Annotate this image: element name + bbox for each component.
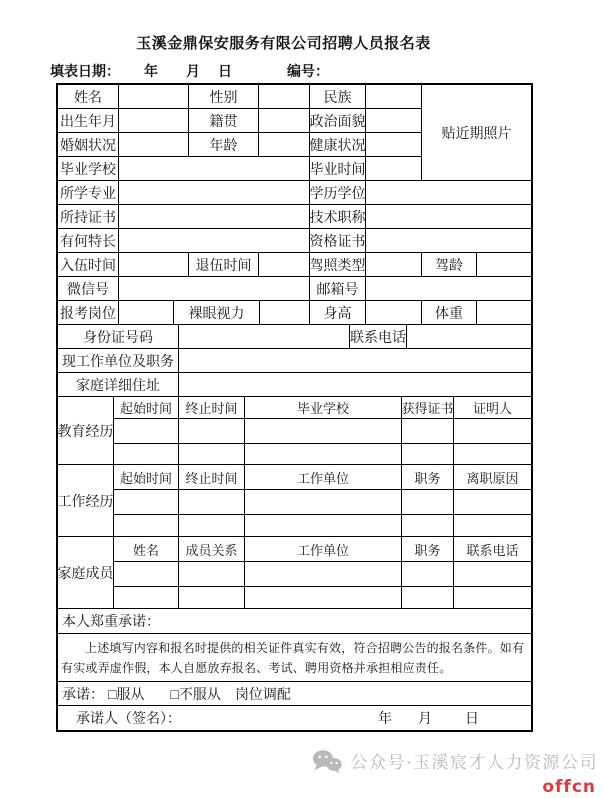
work-section-body: 起始时间 终止时间 工作单位 职务 离职原因: [114, 465, 531, 537]
value-cell-discharge-time: [259, 253, 310, 277]
column-header: 获得证书: [402, 397, 454, 419]
value-cell-qualification-cert: [366, 229, 531, 253]
table-row: 所持证书 技术职称: [58, 205, 531, 229]
column-header: 工作单位: [245, 537, 402, 562]
date-label: 填表日期：: [50, 61, 120, 81]
label-specialty: 有何特长: [58, 229, 119, 253]
blank-cell: [245, 587, 402, 609]
value-cell-home-address: [179, 373, 531, 397]
blank-cell: [114, 444, 179, 465]
column-header: 起始时间: [114, 397, 179, 419]
pledge-heading: 本人郑重承诺：: [58, 609, 531, 634]
blank-cell: [179, 444, 245, 465]
column-header: 成员关系: [179, 537, 245, 562]
education-section-body: 起始时间 终止时间 毕业学校 获得证书 证明人: [114, 397, 531, 465]
value-cell-id-number: [179, 325, 350, 349]
label-discharge-time: 退伍时间: [189, 253, 259, 277]
value-cell-name: [119, 85, 189, 109]
education-section: 教育经历 起始时间 终止时间 毕业学校 获得证书 证明人: [58, 397, 531, 465]
footer-account-text: 公众号·玉溪宸才人力资源公司: [350, 748, 598, 773]
column-header: 终止时间: [179, 397, 245, 419]
date-year-label: 年: [144, 61, 158, 81]
photo-box: 贴近期照片: [422, 85, 531, 181]
label-qualification-cert: 资格证书: [310, 229, 366, 253]
label-graduation-time: 毕业时间: [310, 157, 366, 181]
label-age: 年龄: [189, 133, 259, 157]
blank-cell: [245, 444, 402, 465]
label-driving-years: 驾龄: [422, 253, 477, 277]
work-header-row: 起始时间 终止时间 工作单位 职务 离职原因: [114, 465, 531, 490]
signature-label: 承诺人（签名）：: [76, 708, 181, 728]
value-cell-naked-vision: [260, 301, 310, 325]
column-header: 毕业学校: [245, 397, 402, 419]
family-section-label: 家庭成员: [58, 537, 114, 609]
dateline: 填表日期： 年 月 日 编号：: [50, 61, 603, 81]
education-header-row: 起始时间 终止时间 毕业学校 获得证书 证明人: [114, 397, 531, 419]
blank-cell: [402, 444, 454, 465]
value-cell-native-place: [259, 109, 310, 133]
column-header: 职务: [402, 465, 454, 490]
blank-cell: [114, 419, 179, 444]
table-row: 微信号 邮箱号: [58, 277, 531, 301]
value-cell-health-status: [366, 133, 422, 157]
label-major: 所学专业: [58, 181, 119, 205]
sign-day-label: 日: [465, 708, 479, 728]
position-adjustment-label: 岗位调配: [235, 684, 291, 704]
family-header-row: 姓名 成员关系 工作单位 职务 联系电话: [114, 537, 531, 562]
blank-cell: [179, 490, 245, 515]
value-cell-marital-status: [119, 133, 189, 157]
blank-cell: [402, 515, 454, 537]
blank-cell: [454, 562, 531, 587]
label-naked-vision: 裸眼视力: [174, 301, 260, 325]
column-header: 姓名: [114, 537, 179, 562]
label-email: 邮箱号: [310, 277, 366, 301]
value-cell-current-employer: [179, 349, 531, 373]
family-row: [114, 587, 531, 609]
form-number-label: 编号：: [287, 61, 329, 81]
label-health-status: 健康状况: [310, 133, 366, 157]
column-header: 证明人: [454, 397, 531, 419]
offcn-logo: offcn: [0, 777, 598, 797]
pledge-options-row: 承诺： □服从 □不服从 岗位调配: [58, 682, 531, 706]
table-row: 家庭详细住址: [58, 373, 531, 397]
value-cell-height: [366, 301, 422, 325]
label-enlist-time: 入伍时间: [58, 253, 119, 277]
column-header: 离职原因: [454, 465, 531, 490]
label-wechat-id: 微信号: [58, 277, 119, 301]
blank-cell: [454, 515, 531, 537]
wechat-icon: [312, 749, 342, 773]
blank-cell: [402, 562, 454, 587]
value-cell-email: [366, 277, 531, 301]
value-cell-technical-title: [366, 205, 531, 229]
value-cell-graduate-school: [119, 157, 310, 181]
value-cell-gender: [259, 85, 310, 109]
table-row: 现工作单位及职务: [58, 349, 531, 373]
footer-line: 公众号·玉溪宸才人力资源公司: [312, 748, 598, 773]
value-cell-birth-date: [119, 109, 189, 133]
form-page: 玉溪金鼎保安服务有限公司招聘人员报名表 填表日期： 年 月 日 编号： 姓名 性…: [0, 0, 603, 798]
blank-cell: [114, 562, 179, 587]
checkbox-disobey: □不服从: [170, 684, 220, 704]
blank-cell: [454, 587, 531, 609]
column-header: 职务: [402, 537, 454, 562]
column-header: 工作单位: [245, 465, 402, 490]
blank-cell: [402, 587, 454, 609]
value-cell-enlist-time: [119, 253, 189, 277]
label-weight: 体重: [422, 301, 477, 325]
blank-cell: [454, 490, 531, 515]
label-name: 姓名: [58, 85, 119, 109]
label-ethnicity: 民族: [310, 85, 366, 109]
label-technical-title: 技术职称: [310, 205, 366, 229]
footer: 公众号·玉溪宸才人力资源公司 offcn: [0, 748, 598, 797]
application-form-table: 姓名 性别 民族 出生年月 籍贯 政治面貌 婚姻状况 年龄 健康状况: [56, 83, 533, 732]
label-home-address: 家庭详细住址: [58, 373, 179, 397]
table-row: 所学专业 学历学位: [58, 181, 531, 205]
blank-cell: [114, 490, 179, 515]
table-row: 有何特长 资格证书: [58, 229, 531, 253]
value-cell-political-status: [366, 109, 422, 133]
top-section: 姓名 性别 民族 出生年月 籍贯 政治面貌 婚姻状况 年龄 健康状况: [58, 85, 531, 181]
sign-year-label: 年: [378, 708, 392, 728]
column-header: 联系电话: [454, 537, 531, 562]
date-month-label: 月: [186, 61, 200, 81]
label-certificates: 所持证书: [58, 205, 119, 229]
blank-cell: [245, 490, 402, 515]
blank-cell: [454, 444, 531, 465]
blank-cell: [402, 419, 454, 444]
education-row: [114, 419, 531, 444]
date-day-label: 日: [218, 61, 232, 81]
label-license-type: 驾照类型: [310, 253, 366, 277]
sign-month-label: 月: [418, 708, 432, 728]
label-graduate-school: 毕业学校: [58, 157, 119, 181]
label-marital-status: 婚姻状况: [58, 133, 119, 157]
label-birth-date: 出生年月: [58, 109, 119, 133]
work-row: [114, 490, 531, 515]
blank-cell: [454, 419, 531, 444]
blank-cell: [245, 419, 402, 444]
checkbox-obey: □服从: [108, 684, 144, 704]
label-current-employer: 现工作单位及职务: [58, 349, 179, 373]
pledge-options-label: 承诺：: [62, 684, 104, 704]
value-cell-weight: [477, 301, 531, 325]
education-section-label: 教育经历: [58, 397, 114, 465]
blank-cell: [179, 587, 245, 609]
value-cell-age: [259, 133, 310, 157]
blank-cell: [114, 587, 179, 609]
table-row: 身份证号码 联系电话: [58, 325, 531, 349]
work-row: [114, 515, 531, 537]
value-cell-wechat-id: [119, 277, 310, 301]
value-cell-license-type: [366, 253, 422, 277]
value-cell-major: [119, 181, 310, 205]
label-degree: 学历学位: [310, 181, 366, 205]
table-row: 入伍时间 退伍时间 驾照类型 驾龄: [58, 253, 531, 277]
value-cell-degree: [366, 181, 531, 205]
work-section: 工作经历 起始时间 终止时间 工作单位 职务 离职原因: [58, 465, 531, 537]
family-row: [114, 562, 531, 587]
label-height: 身高: [310, 301, 366, 325]
blank-cell: [114, 515, 179, 537]
table-row: 报考岗位 裸眼视力 身高 体重: [58, 301, 531, 325]
label-native-place: 籍贯: [189, 109, 259, 133]
value-cell-applied-position: [119, 301, 174, 325]
blank-cell: [179, 562, 245, 587]
family-section-body: 姓名 成员关系 工作单位 职务 联系电话: [114, 537, 531, 609]
label-gender: 性别: [189, 85, 259, 109]
value-cell-certificates: [119, 205, 310, 229]
signature-row: 承诺人（签名）： 年 月 日: [58, 706, 531, 730]
value-cell-specialty: [119, 229, 310, 253]
label-political-status: 政治面貌: [310, 109, 366, 133]
blank-cell: [245, 562, 402, 587]
value-cell-graduation-time: [366, 157, 422, 181]
blank-cell: [402, 490, 454, 515]
value-cell-ethnicity: [366, 85, 422, 109]
label-id-number: 身份证号码: [58, 325, 179, 349]
value-cell-contact-phone: [407, 325, 531, 349]
page-title: 玉溪金鼎保安服务有限公司招聘人员报名表: [56, 32, 529, 53]
pledge-body: 上述填写内容和报名时提供的相关证件真实有效，符合招聘公告的报名条件。如有有实或弄…: [58, 634, 531, 682]
education-row: [114, 444, 531, 465]
label-contact-phone: 联系电话: [350, 325, 407, 349]
column-header: 起始时间: [114, 465, 179, 490]
work-section-label: 工作经历: [58, 465, 114, 537]
family-section: 家庭成员 姓名 成员关系 工作单位 职务 联系电话: [58, 537, 531, 609]
label-applied-position: 报考岗位: [58, 301, 119, 325]
column-header: 终止时间: [179, 465, 245, 490]
blank-cell: [179, 515, 245, 537]
blank-cell: [179, 419, 245, 444]
blank-cell: [245, 515, 402, 537]
value-cell-driving-years: [477, 253, 531, 277]
